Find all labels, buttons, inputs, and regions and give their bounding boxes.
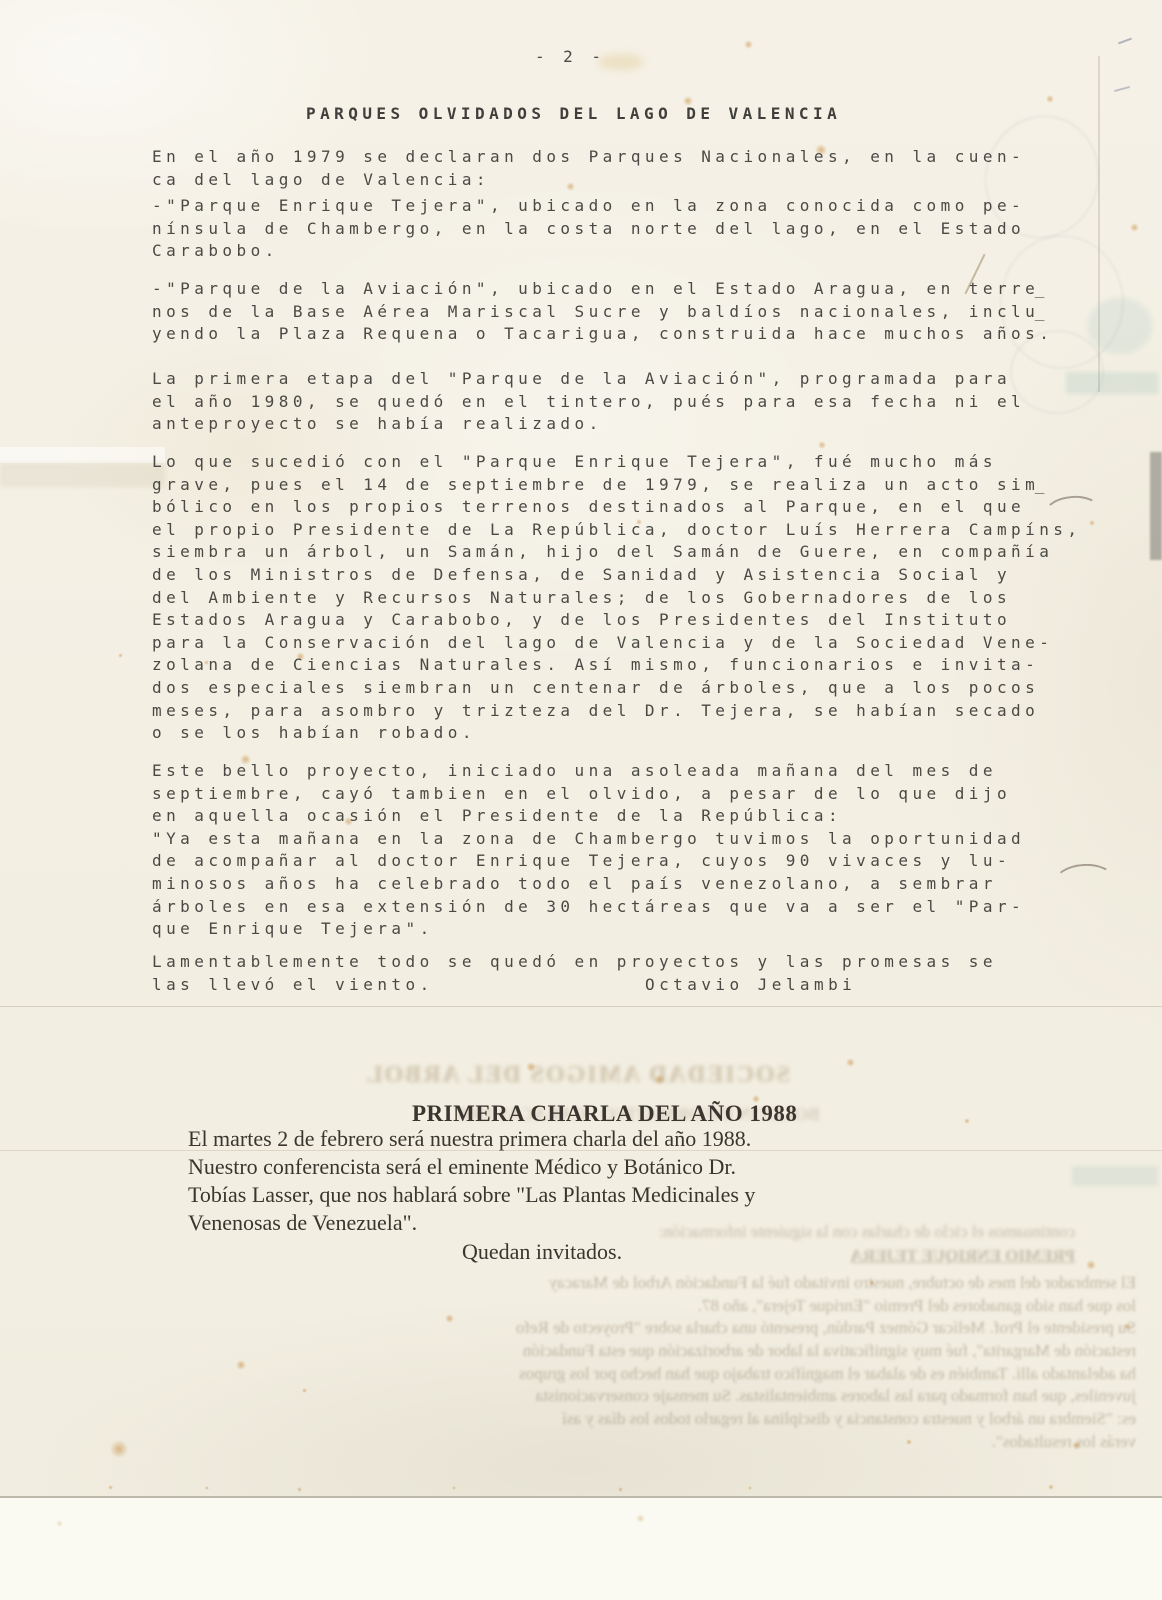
stain: [818, 441, 826, 449]
announcement-body: El martes 2 de febrero será nuestra prim…: [188, 1125, 755, 1237]
stain: [118, 653, 123, 658]
bleed-teal-bar: [1072, 1166, 1158, 1186]
article-byline: Octavio Jelambi: [645, 974, 856, 997]
paragraph-4: La primera etapa del "Parque de la Aviac…: [152, 368, 1025, 436]
stain: [108, 1485, 113, 1490]
bleedthrough-note-line: continuamos el ciclo de charlas con la s…: [400, 1222, 1075, 1242]
check-mark: [1114, 86, 1130, 92]
crease-line: [0, 1006, 1162, 1007]
bleedthrough-paragraph: El sembrador del mes de octubre, nuestro…: [118, 1272, 1136, 1454]
scan-sliver: [1150, 452, 1162, 560]
scan-band: [0, 447, 165, 463]
bleed-teal-bar: [1066, 372, 1158, 394]
paragraph-2: -"Parque Enrique Tejera", ubicado en la …: [152, 195, 1025, 263]
stain: [1086, 1260, 1096, 1270]
check-mark: [1118, 38, 1132, 45]
stain: [636, 1514, 645, 1523]
pen-arc-mark: [1053, 862, 1115, 900]
stain: [1048, 1484, 1054, 1490]
page-bottom-edge: [0, 1496, 1162, 1600]
announcement-closing: Quedan invitados.: [462, 1238, 622, 1266]
stain: [964, 1118, 970, 1124]
scanned-document-page: - 2 - PARQUES OLVIDADOS DEL LAGO DE VALE…: [0, 0, 1162, 1600]
stain: [846, 1058, 855, 1067]
paper: - 2 - PARQUES OLVIDADOS DEL LAGO DE VALE…: [0, 0, 1162, 1496]
scan-band: [0, 463, 165, 487]
bleedthrough-society-name: SOCIEDAD AMIGOS DEL ARBOL: [410, 1062, 790, 1089]
stain: [297, 1487, 302, 1492]
stain: [452, 1486, 456, 1490]
bleedthrough-note-underlined: PREMIO ENRIQUE TEJERA: [700, 1246, 1075, 1266]
stain: [744, 40, 753, 49]
stain: [205, 1486, 209, 1490]
stain: [618, 1487, 623, 1492]
announcement-heading: PRIMERA CHARLA DEL AÑO 1988: [412, 1100, 797, 1128]
page-number: - 2 -: [535, 46, 605, 69]
paragraph-3: -"Parque de la Aviación", ubicado en el …: [152, 278, 1053, 346]
article-title: PARQUES OLVIDADOS DEL LAGO DE VALENCIA: [306, 103, 841, 126]
paragraph-6: Este bello proyecto, iniciado una asolea…: [152, 760, 1025, 941]
stain: [1089, 520, 1095, 526]
stain: [1130, 223, 1139, 232]
paragraph-1: En el año 1979 se declaran dos Parques N…: [152, 146, 1025, 191]
stain: [56, 1520, 63, 1527]
paragraph-5: Lo que sucedió con el "Parque Enrique Te…: [152, 451, 1081, 745]
stain: [748, 1486, 752, 1490]
bleed-teal-blob: [1088, 298, 1152, 354]
stain: [1046, 95, 1054, 103]
paragraph-7: Lamentablemente todo se quedó en proyect…: [152, 951, 997, 996]
